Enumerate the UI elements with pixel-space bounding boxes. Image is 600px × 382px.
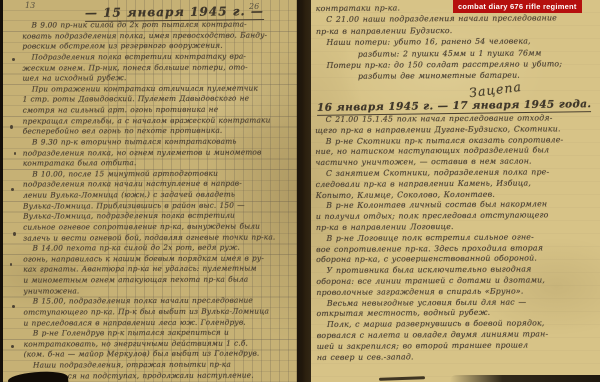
handwritten-line: (ком. б-на — майор Меркулов) был выбит и… [24, 349, 294, 361]
page-number-left: 13 [25, 1, 35, 10]
ink-speck [14, 152, 16, 155]
scanned-war-diary: 13 26 — 15 января 1945 г. — В 9.00 пр-ни… [0, 0, 600, 382]
right-page: контратаки пр-ка. С 21.00 наши подраздел… [311, 0, 600, 382]
handwritten-line: сильное огневое сопротивление пр-ка, вын… [23, 221, 293, 233]
handwritten-line: разбиты две минометные батареи. [316, 69, 597, 82]
ink-speck [10, 125, 13, 129]
ink-speck [12, 305, 15, 308]
classification-label: combat diary 676 rifle regiment [453, 0, 582, 13]
handwritten-line: ковать подразделения полка, имея превосх… [22, 30, 292, 42]
page-seam [296, 0, 312, 382]
left-page: 13 26 — 15 января 1945 г. — В 9.00 пр-ни… [3, 0, 297, 382]
scan-artifact-dash [379, 376, 425, 381]
handwritten-line: ках гранаты. Авантюра пр-ка не удалась: … [23, 264, 293, 276]
handwritten-line: При отражении контратаки отличился пулем… [22, 83, 292, 95]
ink-speck [10, 263, 12, 266]
handwritten-line: на север и сев.-запад. [317, 351, 598, 364]
handwritten-line: залечь и вести огневой бой, подавляя огн… [23, 232, 293, 244]
scan-artifact-bottom-edge [450, 375, 600, 382]
handwritten-line: прекращал стрельбы, а с началом вражеско… [23, 115, 293, 127]
handwritten-line: С 21.00 наши подразделения начали пресле… [316, 12, 597, 25]
ink-speck [12, 58, 15, 61]
handwritten-line: отступающего пр-ка. Пр-к был выбит из Ву… [23, 306, 293, 318]
handwritten-text-right: С 21.00 15.1.45 полк начал преследование… [315, 113, 598, 363]
ink-speck [13, 232, 16, 236]
handwritten-text-continuation: контратаки пр-ка. С 21.00 наши подраздел… [316, 1, 598, 83]
ink-speck [11, 345, 14, 348]
handwritten-text-left: В 9.00 пр-ник силой до 2х рот пытался ко… [22, 19, 294, 381]
officer-signature: Зацепа [468, 79, 522, 100]
handwritten-line: подразделения полка, но огнем пулеметов … [23, 147, 293, 159]
ink-speck [11, 188, 14, 191]
